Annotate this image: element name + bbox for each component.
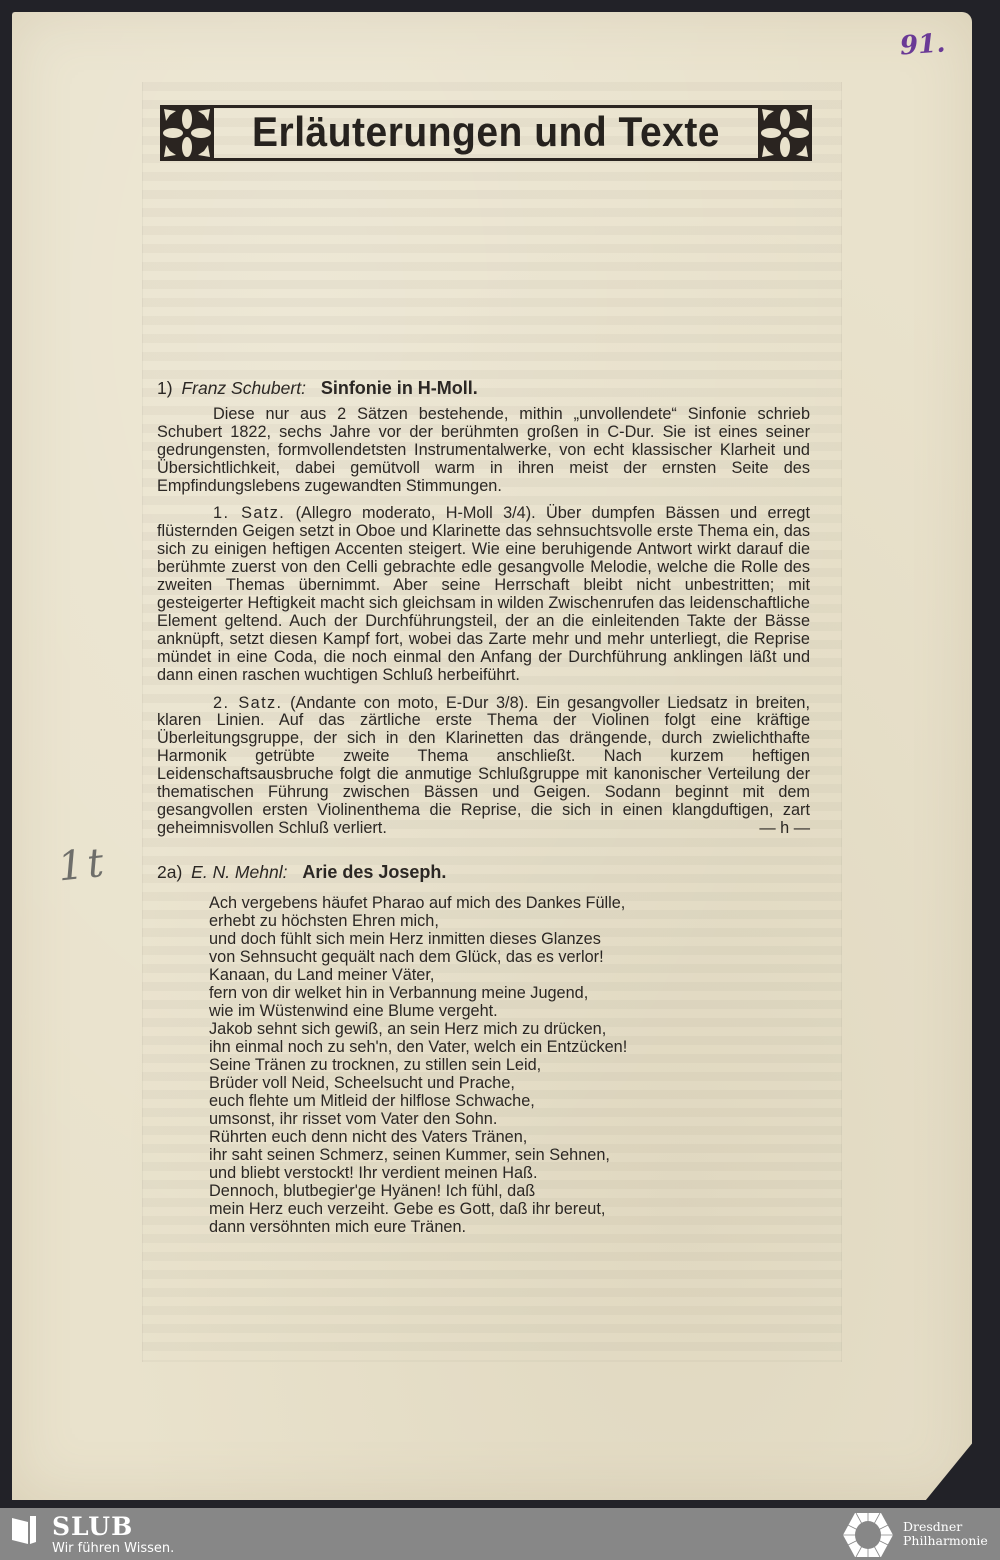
- author-signature: — h —: [703, 820, 810, 838]
- scan-viewport: 91. 1t Erläuterungen und Texte: [0, 0, 1000, 1508]
- title-banner: Erläuterungen und Texte: [160, 104, 812, 162]
- slub-book-icon[interactable]: [10, 1514, 40, 1546]
- page-title: Erläuterungen und Texte: [252, 109, 720, 157]
- slub-logo-text[interactable]: SLUB: [52, 1512, 133, 1541]
- partner-name-line2: Philharmonie: [903, 1534, 988, 1548]
- work-title: Sinfonie in H-Moll.: [321, 378, 478, 398]
- movement-text: (Andante con moto, E-Dur 3/8). Ein gesan…: [157, 694, 810, 837]
- ornament-right-icon: [758, 105, 812, 161]
- partner-name-line1: Dresdner: [903, 1520, 988, 1534]
- section-1-heading: 1) Franz Schubert: Sinfonie in H-Moll.: [157, 380, 810, 398]
- composer-name: Franz Schubert:: [181, 378, 306, 398]
- title-frame: Erläuterungen und Texte: [214, 105, 758, 161]
- section-number: 1): [157, 378, 173, 398]
- section-number: 2a): [157, 862, 182, 882]
- philharmonie-logo-text[interactable]: Dresdner Philharmonie: [903, 1520, 988, 1548]
- ornament-left-icon: [160, 105, 214, 161]
- work-title: Arie des Joseph.: [302, 862, 446, 882]
- composer-name: E. N. Mehnl:: [191, 862, 287, 882]
- handwritten-margin-note: 1t: [56, 840, 110, 891]
- handwritten-page-number: 91.: [899, 28, 946, 61]
- program-notes: 1) Franz Schubert: Sinfonie in H-Moll. D…: [157, 380, 810, 1236]
- movement-2-paragraph: 2. Satz. (Andante con moto, E-Dur 3/8). …: [157, 695, 810, 838]
- intro-paragraph: Diese nur aus 2 Sätzen bestehende, mithi…: [157, 406, 810, 496]
- slub-tagline: Wir führen Wissen.: [52, 1541, 174, 1556]
- movement-1-paragraph: 1. Satz. (Allegro moderato, H-Moll 3/4).…: [157, 505, 810, 684]
- philharmonie-sunburst-icon[interactable]: [842, 1512, 894, 1558]
- viewer-footer: SLUB Wir führen Wissen. Dresdner Philhar…: [0, 1508, 1000, 1560]
- movement-label: 2. Satz.: [213, 694, 282, 712]
- movement-label: 1. Satz.: [213, 504, 285, 522]
- section-2a-heading: 2a) E. N. Mehnl: Arie des Joseph.: [157, 864, 810, 882]
- movement-text: (Allegro moderato, H-Moll 3/4). Über dum…: [157, 504, 810, 683]
- aria-lyrics: Ach vergebens häufet Pharao auf mich des…: [209, 894, 810, 1236]
